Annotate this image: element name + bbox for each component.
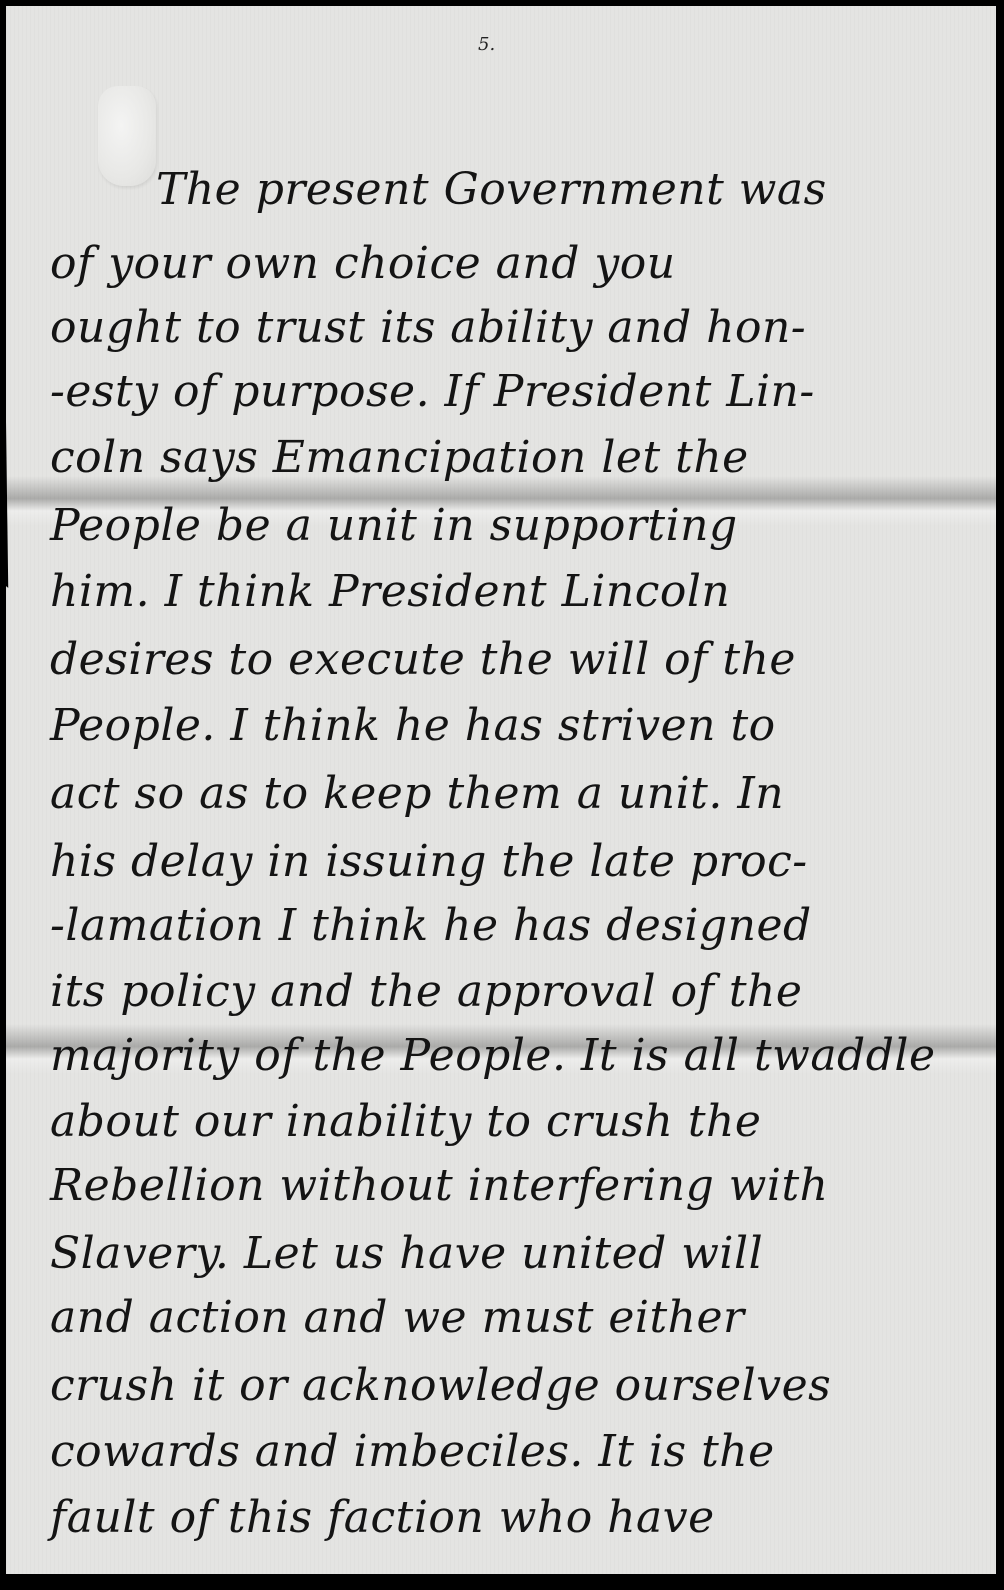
text-line: -esty of purpose. If President Lin- (50, 366, 815, 417)
text-line: desires to execute the will of the (50, 634, 796, 685)
text-line: People be a unit in supporting (50, 500, 738, 551)
text-line: The present Government was (156, 164, 827, 215)
handwritten-letter-page: 5. The present Government was of your ow… (6, 6, 996, 1574)
text-line: of your own choice and you (50, 238, 676, 289)
text-line: Slavery. Let us have united will (50, 1228, 763, 1279)
text-line: Rebellion without interfering with (50, 1160, 829, 1211)
text-line: crush it or acknowledge ourselves (50, 1360, 831, 1411)
text-line: coln says Emancipation let the (50, 432, 749, 483)
text-line: and action and we must either (50, 1292, 745, 1343)
text-line: fault of this faction who have (50, 1492, 715, 1543)
page-number: 5. (478, 34, 495, 55)
text-line: about our inability to crush the (50, 1096, 761, 1147)
text-line: act so as to keep them a unit. In (50, 768, 784, 819)
text-line: his delay in issuing the late proc- (50, 836, 808, 887)
text-line: majority of the People. It is all twaddl… (50, 1030, 936, 1081)
text-line: cowards and imbeciles. It is the (50, 1426, 775, 1477)
text-line: -lamation I think he has designed (50, 900, 812, 951)
embossed-stationery-crest (98, 86, 156, 186)
text-line: him. I think President Lincoln (50, 566, 730, 617)
text-line: People. I think he has striven to (50, 700, 776, 751)
text-line: its policy and the approval of the (50, 966, 802, 1017)
text-line: ought to trust its ability and hon- (50, 302, 806, 353)
